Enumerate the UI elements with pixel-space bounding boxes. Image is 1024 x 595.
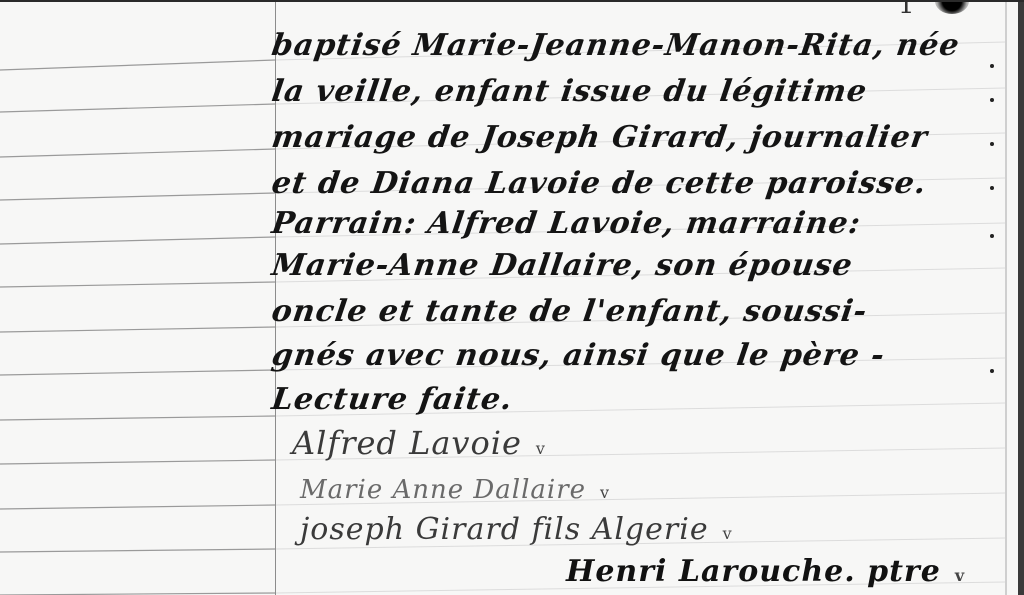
margin-dot: [990, 369, 994, 373]
entry-line: et de Diana Lavoie de cette paroisse.: [270, 166, 929, 201]
signature-name: joseph Girard fils Algerie: [300, 512, 709, 547]
entry-line: oncle et tante de l'enfant, soussi-: [270, 294, 870, 329]
signature-name: Henri Larouche. ptre: [566, 554, 941, 589]
register-page: 1 baptisé Marie-Jeanne-Manon-Rita, née l…: [0, 0, 1024, 595]
entry-line: la veille, enfant issue du légitime: [270, 74, 870, 109]
margin-dot: [990, 234, 994, 238]
check-mark: v: [536, 439, 546, 458]
signature-godfather: Alfred Lavoiev: [292, 424, 546, 462]
entry-line: Lecture faite.: [270, 382, 516, 417]
page-number: 1: [898, 0, 915, 20]
check-mark: v: [723, 524, 733, 543]
check-mark: v: [600, 483, 610, 502]
entry-line: gnés avec nous, ainsi que le père -: [270, 338, 888, 373]
entry-line: mariage de Joseph Girard, journalier: [270, 120, 931, 155]
margin-dot: [990, 64, 994, 68]
margin-dot: [990, 142, 994, 146]
signature-priest: Henri Larouche. ptrev: [566, 554, 965, 589]
signature-name: Alfred Lavoie: [292, 424, 522, 462]
margin-dot: [990, 186, 994, 190]
entry-line: Marie-Anne Dallaire, son épouse: [270, 248, 856, 283]
page-edge: [1018, 2, 1024, 595]
entry-line: baptisé Marie-Jeanne-Manon-Rita, née: [270, 28, 962, 63]
margin-dot: [990, 98, 994, 102]
check-mark: v: [955, 566, 965, 585]
signature-godmother: Marie Anne Dallairev: [300, 475, 610, 505]
signature-name: Marie Anne Dallaire: [300, 475, 586, 505]
signature-father: joseph Girard fils Algeriev: [300, 512, 733, 547]
entry-line: Parrain: Alfred Lavoie, marraine:: [270, 206, 864, 241]
right-column-rule: [1005, 2, 1007, 595]
